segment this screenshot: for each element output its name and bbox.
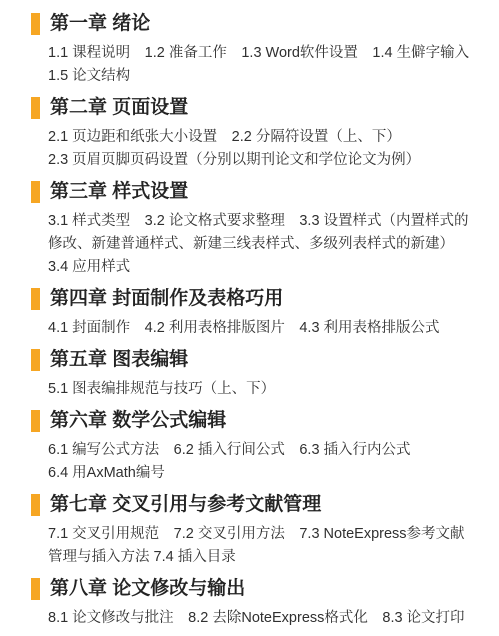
chapter-marker-bar <box>31 97 40 119</box>
chapter-marker-bar <box>31 410 40 432</box>
chapter-header: 第五章 图表编辑 <box>31 348 489 371</box>
topic-line: 6.1 编写公式方法 6.2 插入行间公式 6.3 插入行内公式 <box>48 439 489 462</box>
chapter-title: 第六章 数学公式编辑 <box>50 409 226 432</box>
chapter-title: 第八章 论文修改与输出 <box>50 577 245 600</box>
chapter-header: 第六章 数学公式编辑 <box>31 409 489 432</box>
chapter-topics: 5.1 图表编排规范与技巧（上、下） <box>48 378 489 401</box>
chapter-topics: 2.1 页边距和纸张大小设置 2.2 分隔符设置（上、下） 2.3 页眉页脚页码… <box>48 126 489 172</box>
topic-line: 8.1 论文修改与批注 8.2 去除NoteExpress格式化 8.3 论文打… <box>48 607 489 630</box>
chapter-section-1: 第一章 绪论 1.1 课程说明 1.2 准备工作 1.3 Word软件设置 1.… <box>31 12 489 88</box>
topic-line: 3.4 应用样式 <box>48 256 489 279</box>
chapter-header: 第七章 交叉引用与参考文献管理 <box>31 493 489 516</box>
chapter-marker-bar <box>31 349 40 371</box>
topic-line: 1.1 课程说明 1.2 准备工作 1.3 Word软件设置 1.4 生僻字输入 <box>48 42 489 65</box>
chapter-section-6: 第六章 数学公式编辑 6.1 编写公式方法 6.2 插入行间公式 6.3 插入行… <box>31 409 489 485</box>
chapter-topics: 1.1 课程说明 1.2 准备工作 1.3 Word软件设置 1.4 生僻字输入… <box>48 42 489 88</box>
chapter-section-2: 第二章 页面设置 2.1 页边距和纸张大小设置 2.2 分隔符设置（上、下） 2… <box>31 96 489 172</box>
chapter-header: 第一章 绪论 <box>31 12 489 35</box>
topic-line: 4.1 封面制作 4.2 利用表格排版图片 4.3 利用表格排版公式 <box>48 317 489 340</box>
topic-line: 修改、新建普通样式、新建三线表样式、多级列表样式的新建） <box>48 233 489 256</box>
chapter-header: 第二章 页面设置 <box>31 96 489 119</box>
chapter-topics: 4.1 封面制作 4.2 利用表格排版图片 4.3 利用表格排版公式 <box>48 317 489 340</box>
chapter-title: 第一章 绪论 <box>50 12 150 35</box>
chapter-marker-bar <box>31 13 40 35</box>
chapter-marker-bar <box>31 181 40 203</box>
topic-line: 6.4 用AxMath编号 <box>48 462 489 485</box>
chapter-section-5: 第五章 图表编辑 5.1 图表编排规范与技巧（上、下） <box>31 348 489 401</box>
chapter-header: 第八章 论文修改与输出 <box>31 577 489 600</box>
chapter-section-7: 第七章 交叉引用与参考文献管理 7.1 交叉引用规范 7.2 交叉引用方法 7.… <box>31 493 489 569</box>
topic-line: 7.1 交叉引用规范 7.2 交叉引用方法 7.3 NoteExpress参考文… <box>48 523 489 546</box>
chapter-title: 第三章 样式设置 <box>50 180 188 203</box>
chapter-marker-bar <box>31 578 40 600</box>
topic-line: 管理与插入方法 7.4 插入目录 <box>48 546 489 569</box>
chapter-section-3: 第三章 样式设置 3.1 样式类型 3.2 论文格式要求整理 3.3 设置样式（… <box>31 180 489 279</box>
topic-line: 2.1 页边距和纸张大小设置 2.2 分隔符设置（上、下） <box>48 126 489 149</box>
chapter-topics: 8.1 论文修改与批注 8.2 去除NoteExpress格式化 8.3 论文打… <box>48 607 489 630</box>
chapter-marker-bar <box>31 288 40 310</box>
chapter-title: 第四章 封面制作及表格巧用 <box>50 287 283 310</box>
chapter-topics: 7.1 交叉引用规范 7.2 交叉引用方法 7.3 NoteExpress参考文… <box>48 523 489 569</box>
chapter-title: 第二章 页面设置 <box>50 96 188 119</box>
topic-line: 2.3 页眉页脚页码设置（分别以期刊论文和学位论文为例） <box>48 149 489 172</box>
chapter-section-4: 第四章 封面制作及表格巧用 4.1 封面制作 4.2 利用表格排版图片 4.3 … <box>31 287 489 340</box>
chapter-title: 第七章 交叉引用与参考文献管理 <box>50 493 321 516</box>
chapter-section-8: 第八章 论文修改与输出 8.1 论文修改与批注 8.2 去除NoteExpres… <box>31 577 489 630</box>
chapter-topics: 3.1 样式类型 3.2 论文格式要求整理 3.3 设置样式（内置样式的 修改、… <box>48 210 489 279</box>
topic-line: 3.1 样式类型 3.2 论文格式要求整理 3.3 设置样式（内置样式的 <box>48 210 489 233</box>
course-outline-page: 第一章 绪论 1.1 课程说明 1.2 准备工作 1.3 Word软件设置 1.… <box>0 0 499 636</box>
chapter-marker-bar <box>31 494 40 516</box>
chapter-topics: 6.1 编写公式方法 6.2 插入行间公式 6.3 插入行内公式 6.4 用Ax… <box>48 439 489 485</box>
topic-line: 5.1 图表编排规范与技巧（上、下） <box>48 378 489 401</box>
topic-line: 1.5 论文结构 <box>48 65 489 88</box>
chapter-header: 第三章 样式设置 <box>31 180 489 203</box>
chapter-title: 第五章 图表编辑 <box>50 348 188 371</box>
chapter-header: 第四章 封面制作及表格巧用 <box>31 287 489 310</box>
